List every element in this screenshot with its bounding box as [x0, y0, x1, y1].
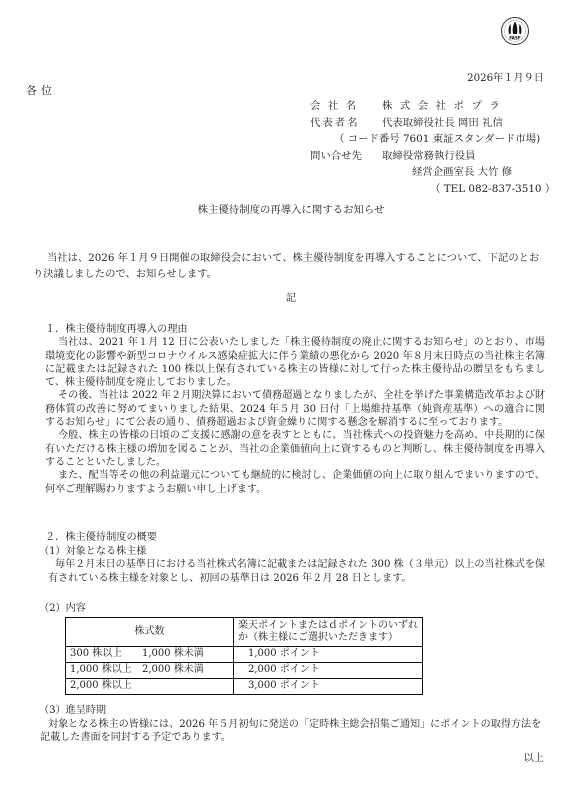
points-value: 2,000 ポイント: [234, 663, 423, 679]
table-header-points: 楽天ポイントまたはｄポイントのいずれか（株主様にご選択いただきます）: [234, 618, 423, 647]
section-2: ２．株主優待制度の概要 （1）対象となる株主様 毎年２月末日の基準日における当社…: [45, 531, 545, 585]
shares-range: 1,000 株以上2,000 株未満: [66, 663, 234, 679]
table-row: 1,000 株以上2,000 株未満 2,000 ポイント: [66, 663, 423, 679]
section-1-paragraph: 当社は、2021 年１月 12 日に公表いたしました「株主優待制度の廃止に関する…: [45, 336, 545, 389]
document-title: 株主優待制度の再導入に関するお知らせ: [0, 204, 582, 217]
section-1-heading: １．株主優待制度再導入の理由: [45, 323, 545, 336]
representative-label: 代表者名: [310, 115, 382, 132]
contact-person: 経営企画室長 大竹 修: [310, 164, 512, 181]
ki-marker: 記: [0, 292, 582, 305]
company-label: 会社名: [310, 98, 382, 115]
benefits-table: 株式数 楽天ポイントまたはｄポイントのいずれか（株主様にご選択いただきます） 3…: [65, 617, 423, 695]
tel-row: （ TEL 082-837-3510 ）: [310, 181, 555, 198]
section-1-paragraph: 今般、株主の皆様の日頃のご支援に感謝の意を表すとともに、当社株式への投資魅力を高…: [45, 429, 545, 469]
representative-row: 代表者名 代表取締役社長 岡田 礼信: [310, 115, 555, 132]
section-2-heading: ２．株主優待制度の概要: [45, 531, 545, 545]
closing-mark: 以上: [524, 752, 544, 765]
section-1-paragraph: その後、当社は 2022 年２月期決算において債務超過となりましたが、全社を挙げ…: [45, 389, 545, 429]
shares-min: 2,000 株以上: [70, 680, 142, 693]
fasf-logo-icon: FASF: [500, 12, 530, 50]
contact-row: 問い合せ先 取締役常務執行役員: [310, 148, 555, 165]
subsection-content-heading: （2）内容: [39, 602, 86, 615]
company-name: 株式会社ポプラ: [382, 98, 507, 115]
stock-code-row: （ コード番号 7601 東証スタンダード市場): [310, 131, 555, 148]
subsection-timing: （3）進呈時期 対象となる株主の皆様には、2026 年５月初旬に発送の「定時株主…: [39, 704, 549, 745]
document-date: 2026年１月９日: [467, 72, 544, 85]
shares-max: 2,000 株未満: [142, 664, 204, 675]
points-value: 3,000 ポイント: [234, 679, 423, 695]
intro-text: 当社は、2026 年１月９日開催の取締役会において、株主優待制度を再導入すること…: [33, 251, 545, 282]
sender-block: 会社名 株式会社ポプラ 代表者名 代表取締役社長 岡田 礼信 （ コード番号 7…: [310, 98, 555, 197]
company-row: 会社名 株式会社ポプラ: [310, 98, 555, 115]
shares-min: 1,000 株以上: [70, 664, 142, 677]
shares-range: 300 株以上1,000 株未満: [66, 647, 234, 663]
table-row: 2,000 株以上 3,000 ポイント: [66, 679, 423, 695]
subsection-timing-text: 対象となる株主の皆様には、2026 年５月初旬に発送の「定時株主総会招集ご通知」…: [39, 718, 549, 745]
subsection-eligible-text: 毎年２月末日の基準日における当社株式名簿に記載または記録された 300 株（３単…: [45, 558, 545, 585]
intro-paragraph: 当社は、2026 年１月９日開催の取締役会において、株主優待制度を再導入すること…: [33, 251, 545, 282]
shares-range: 2,000 株以上: [66, 679, 234, 695]
shares-max: 1,000 株未満: [142, 648, 204, 659]
table-header-shares: 株式数: [66, 618, 234, 647]
shares-min: 300 株以上: [70, 648, 142, 661]
contact-label: 問い合せ先: [310, 148, 382, 165]
contact-tel: （ TEL 082-837-3510 ）: [310, 181, 555, 198]
section-1: １．株主優待制度再導入の理由 当社は、2021 年１月 12 日に公表いたしまし…: [45, 323, 545, 496]
subsection-eligible-heading: （1）対象となる株主様: [39, 545, 545, 559]
svg-text:FASF: FASF: [509, 36, 521, 41]
addressee: 各位: [26, 84, 56, 97]
contact-title: 取締役常務執行役員: [382, 148, 476, 165]
contact-person-row: 経営企画室長 大竹 修: [310, 164, 555, 181]
points-value: 1,000 ポイント: [234, 647, 423, 663]
section-1-paragraph: また、配当等その他の利益還元についても継続的に検討し、企業価値の向上に取り組んで…: [45, 469, 545, 496]
subsection-timing-heading: （3）進呈時期: [39, 704, 549, 718]
stock-code: （ コード番号 7601 東証スタンダード市場): [310, 131, 540, 148]
table-row: 300 株以上1,000 株未満 1,000 ポイント: [66, 647, 423, 663]
table-header-row: 株式数 楽天ポイントまたはｄポイントのいずれか（株主様にご選択いただきます）: [66, 618, 423, 647]
representative-name: 代表取締役社長 岡田 礼信: [382, 115, 503, 132]
